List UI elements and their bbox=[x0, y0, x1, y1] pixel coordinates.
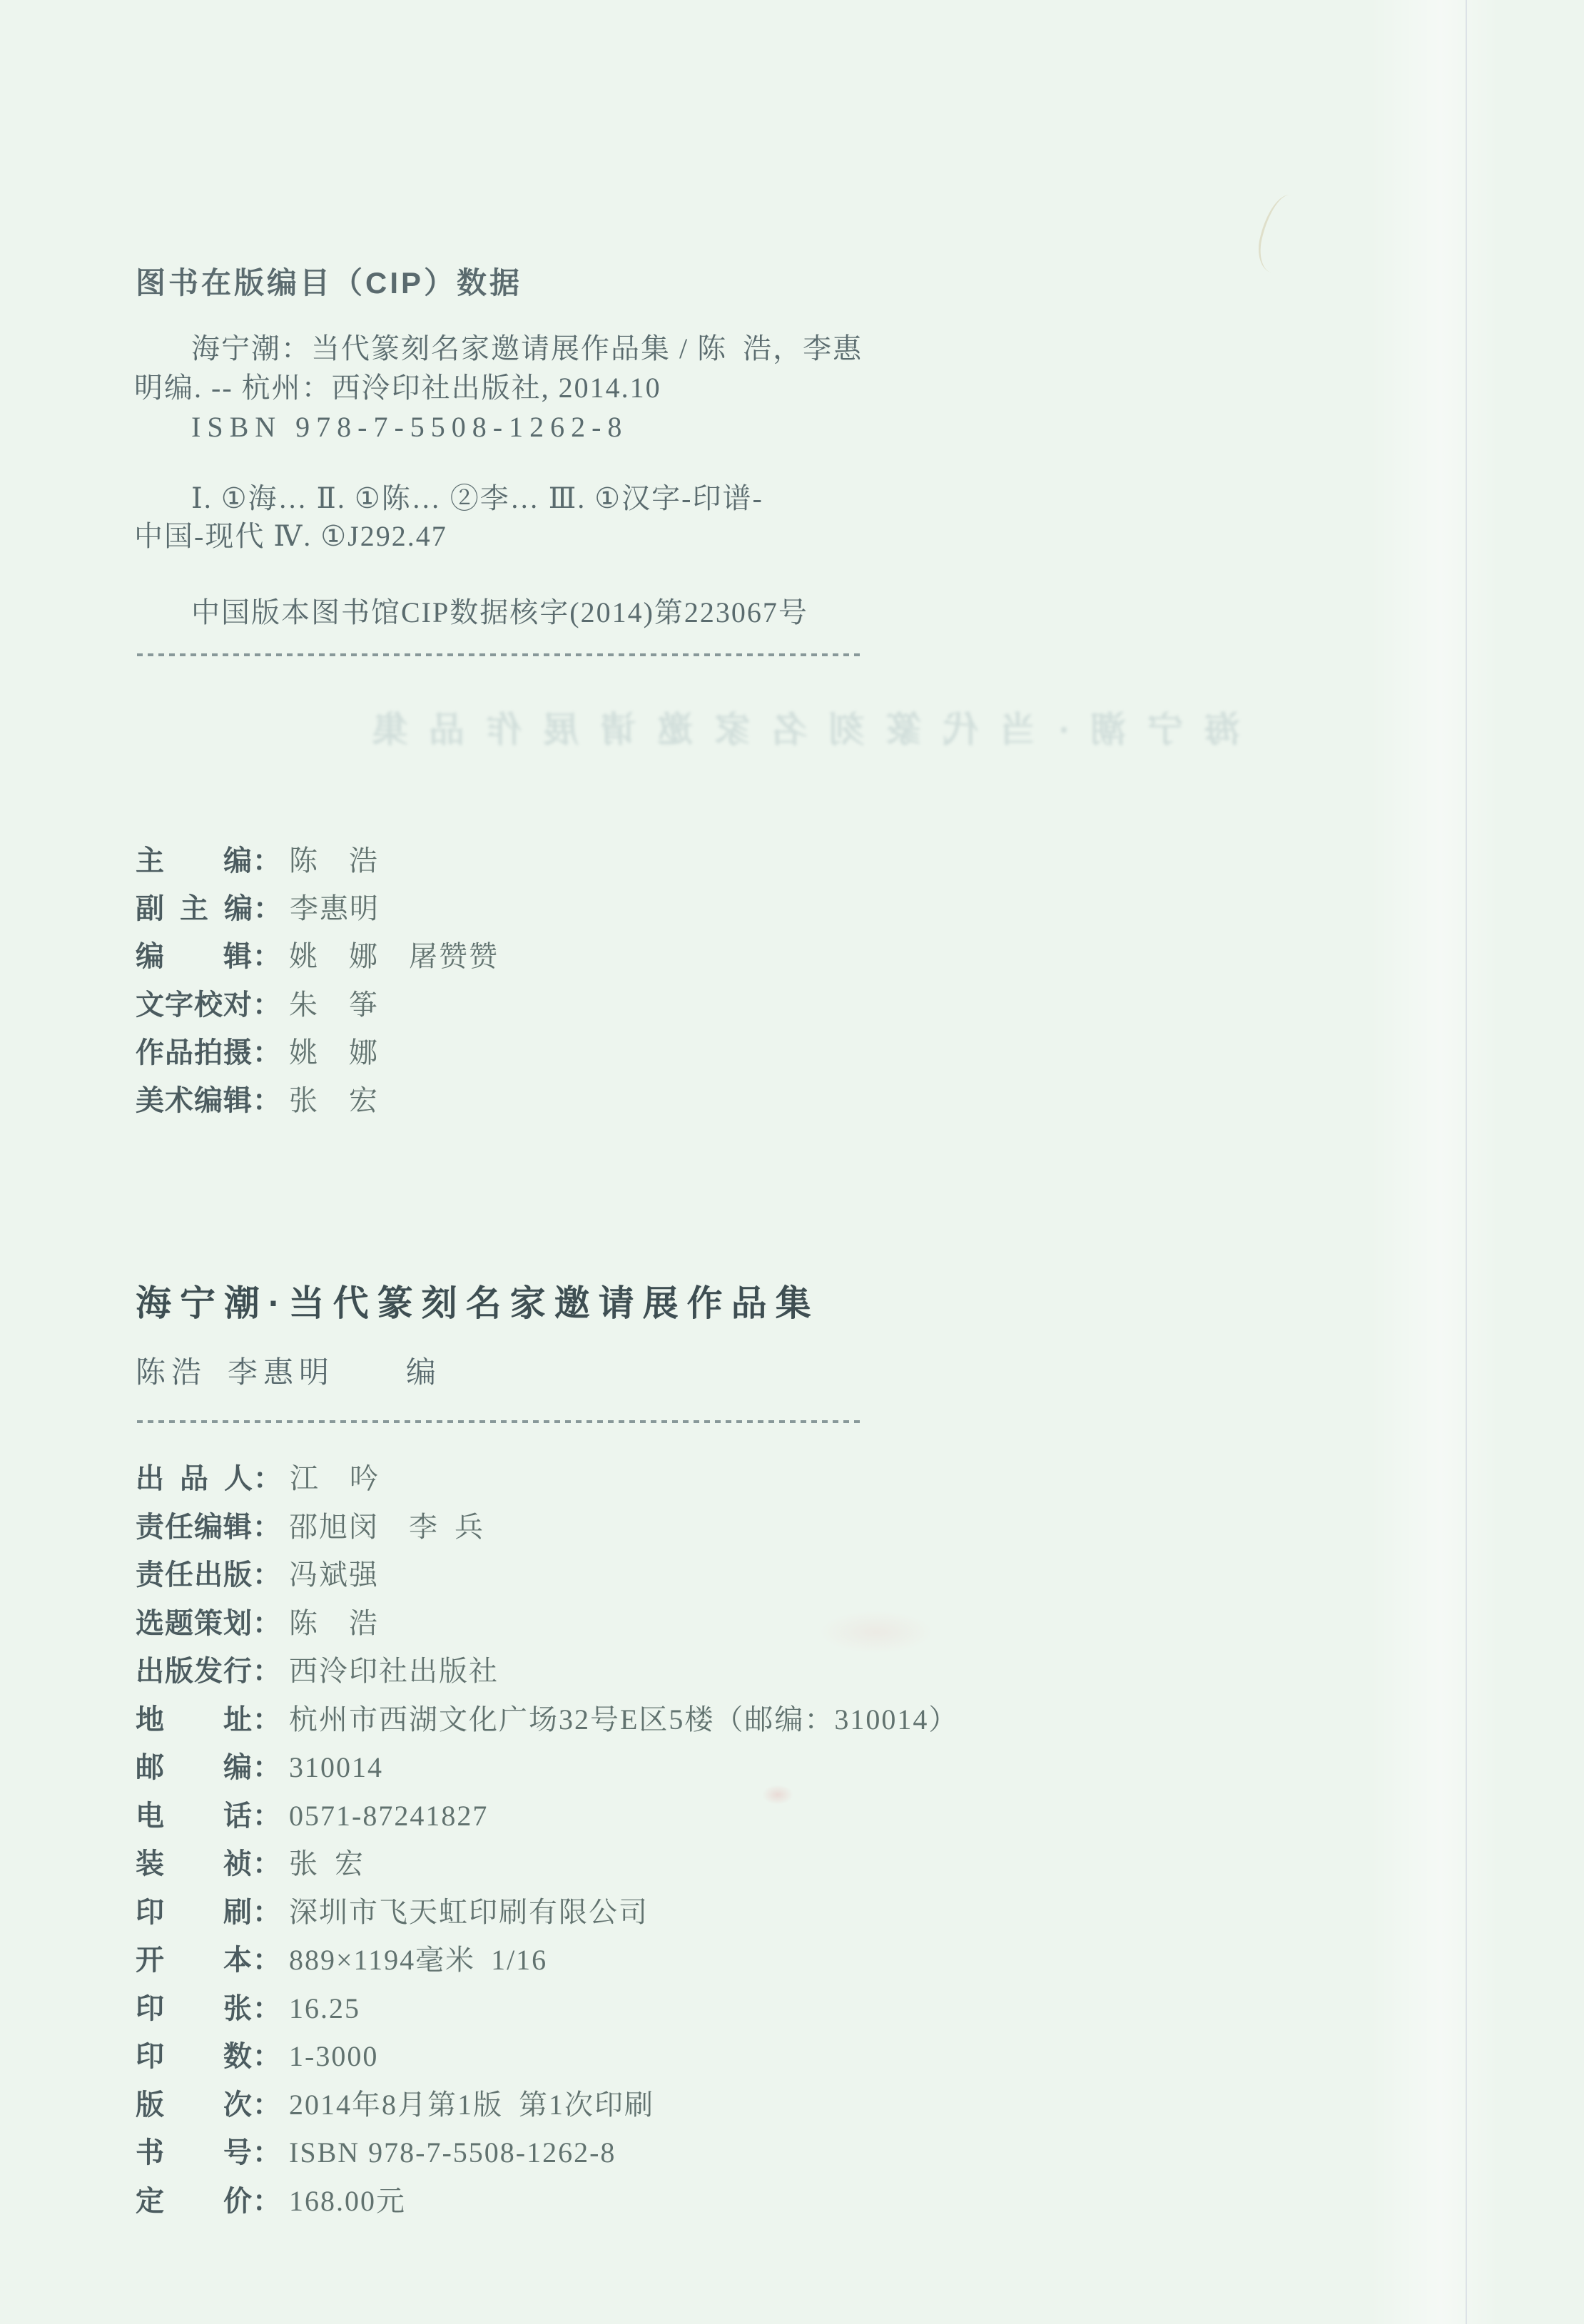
credit-value: 姚 娜 屠赞赞 bbox=[289, 940, 499, 972]
colophon-row: 定 价：168.00元 bbox=[136, 2183, 406, 2219]
colophon-row: 开 本：889×1194毫米 1/16 bbox=[136, 1942, 547, 1978]
colophon-label: 出 品 人： bbox=[136, 1463, 283, 1494]
colophon-value: 杭州市西湖文化广场32号E区5楼（邮编：310014） bbox=[289, 1703, 958, 1736]
colophon-label: 责任编辑： bbox=[136, 1512, 282, 1543]
colophon-label: 书 号： bbox=[136, 2137, 282, 2168]
colophon-row: 出 品 人：江 吟 bbox=[136, 1461, 380, 1497]
colophon-value: 西泠印社出版社 bbox=[289, 1655, 499, 1687]
cip-record-number: 中国版本图书馆CIP数据核字(2014)第223067号 bbox=[191, 594, 808, 631]
credit-label: 作品拍摄： bbox=[136, 1037, 282, 1069]
colophon-page: 海宁潮·当代篆刻名家邀请展作品集 图书在版编目（CIP）数据 海宁潮：当代篆刻名… bbox=[0, 0, 1584, 2324]
colophon-label: 定 价： bbox=[136, 2186, 282, 2217]
colophon-row: 出版发行：西泠印社出版社 bbox=[136, 1653, 499, 1689]
credit-value: 李惠明 bbox=[290, 892, 380, 924]
credit-label: 副 主 编： bbox=[136, 893, 283, 924]
colophon-value: 0571-87241827 bbox=[289, 1800, 488, 1832]
cip-classification-line: 中国-现代 Ⅳ. ①J292.47 bbox=[134, 518, 447, 555]
colophon-row: 版 次：2014年8月第1版 第1次印刷 bbox=[136, 2087, 654, 2123]
credit-row: 副 主 编：李惠明 bbox=[136, 891, 380, 927]
book-title: 海宁潮·当代篆刻名家邀请展作品集 bbox=[136, 1281, 820, 1325]
colophon-row: 装 祯：张 宏 bbox=[136, 1846, 365, 1882]
colophon-row: 印 张：16.25 bbox=[136, 1991, 360, 2027]
colophon-value: 邵旭闵 李 兵 bbox=[289, 1511, 484, 1543]
dashed-divider bbox=[137, 1420, 861, 1423]
colophon-value: ISBN 978-7-5508-1262-8 bbox=[289, 2136, 616, 2168]
credit-row: 文字校对：朱 筝 bbox=[136, 987, 379, 1023]
colophon-value: 16.25 bbox=[289, 1992, 360, 2024]
ghost-showthrough-title: 海宁潮·当代篆刻名家邀请展作品集 bbox=[334, 708, 1240, 752]
cip-description-line: 海宁潮：当代篆刻名家邀请展作品集 / 陈 浩，李惠 bbox=[191, 330, 863, 367]
colophon-row: 书 号：ISBN 978-7-5508-1262-8 bbox=[136, 2135, 616, 2171]
cip-classification-line: Ⅰ. ①海… Ⅱ. ①陈… ②李… Ⅲ. ①汉字-印谱- bbox=[191, 480, 763, 517]
cip-description-line: 明编. -- 杭州：西泠印社出版社, 2014.10 bbox=[134, 370, 661, 407]
colophon-label: 地 址： bbox=[136, 1704, 282, 1736]
colophon-value: 2014年8月第1版 第1次印刷 bbox=[289, 2089, 654, 2121]
colophon-value: 168.00元 bbox=[289, 2185, 406, 2217]
pink-blemish bbox=[762, 1785, 793, 1805]
colophon-label: 开 本： bbox=[136, 1945, 282, 1976]
colophon-row: 责任编辑：邵旭闵 李 兵 bbox=[136, 1509, 484, 1545]
colophon-value: 深圳市飞天虹印刷有限公司 bbox=[289, 1896, 649, 1928]
credit-label: 编 辑： bbox=[136, 941, 282, 972]
colophon-label: 邮 编： bbox=[136, 1752, 282, 1783]
colophon-value: 张 宏 bbox=[289, 1848, 365, 1880]
cip-isbn-line: ISBN 978-7-5508-1262-8 bbox=[191, 409, 628, 446]
scan-line-artifact bbox=[1466, 0, 1467, 2324]
colophon-value: 889×1194毫米 1/16 bbox=[289, 1944, 547, 1976]
colophon-label: 责任出版： bbox=[136, 1559, 282, 1591]
colophon-value: 江 吟 bbox=[290, 1462, 380, 1494]
colophon-label: 装 祯： bbox=[136, 1848, 282, 1880]
credit-row: 主 编：陈 浩 bbox=[136, 843, 379, 879]
colophon-label: 选题策划： bbox=[136, 1608, 282, 1639]
colophon-value: 冯斌强 bbox=[289, 1559, 379, 1591]
credit-row: 编 辑：姚 娜 屠赞赞 bbox=[136, 939, 499, 974]
credit-value: 张 宏 bbox=[289, 1084, 379, 1116]
credit-value: 姚 娜 bbox=[289, 1036, 379, 1069]
credit-row: 作品拍摄：姚 娜 bbox=[136, 1035, 379, 1071]
colophon-label: 印 数： bbox=[136, 2041, 282, 2072]
colophon-row: 责任出版：冯斌强 bbox=[136, 1557, 379, 1593]
cip-header: 图书在版编目（CIP）数据 bbox=[136, 265, 522, 301]
colophon-label: 版 次： bbox=[136, 2089, 282, 2121]
colophon-row: 印 数：1-3000 bbox=[136, 2039, 378, 2074]
credit-label: 美术编辑： bbox=[136, 1085, 282, 1116]
colophon-row: 地 址：杭州市西湖文化广场32号E区5楼（邮编：310014） bbox=[136, 1702, 958, 1738]
colophon-label: 印 张： bbox=[136, 1993, 282, 2024]
colophon-row: 选题策划：陈 浩 bbox=[136, 1606, 379, 1641]
credit-label: 主 编： bbox=[136, 845, 282, 877]
colophon-label: 出版发行： bbox=[136, 1656, 282, 1687]
colophon-label: 印 刷： bbox=[136, 1897, 282, 1928]
paper-sheen bbox=[1370, 0, 1498, 2324]
credit-label: 文字校对： bbox=[136, 989, 282, 1021]
credit-value: 朱 筝 bbox=[289, 989, 379, 1021]
colophon-row: 邮 编：310014 bbox=[136, 1750, 383, 1785]
colophon-row: 电 话：0571-87241827 bbox=[136, 1798, 488, 1834]
pink-blemish bbox=[819, 1611, 933, 1653]
credit-row: 美术编辑：张 宏 bbox=[136, 1083, 379, 1118]
colophon-row: 印 刷：深圳市飞天虹印刷有限公司 bbox=[136, 1895, 649, 1930]
colophon-value: 1-3000 bbox=[289, 2040, 378, 2072]
dashed-divider bbox=[137, 653, 861, 656]
credit-value: 陈 浩 bbox=[289, 845, 379, 877]
colophon-label: 电 话： bbox=[136, 1800, 282, 1832]
colophon-value: 310014 bbox=[289, 1751, 383, 1783]
scratch-artifact bbox=[1252, 190, 1309, 277]
colophon-value: 陈 浩 bbox=[289, 1607, 379, 1639]
book-byline: 陈浩 李惠明 编 bbox=[136, 1355, 442, 1392]
